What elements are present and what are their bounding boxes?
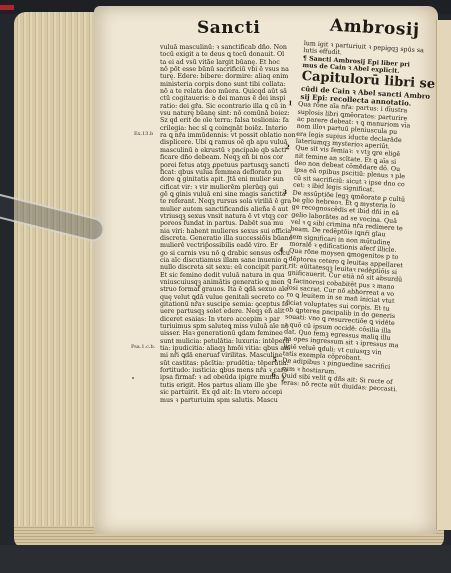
text-line: sic partuirit. Ex qd ait: In vtero accep… xyxy=(160,389,300,396)
text-line: masculinū ꝺ ekrustū ꝛ pncipale qb sācti xyxy=(160,147,300,154)
facing-page-edge xyxy=(436,20,451,530)
text-line: ratio: dei gřa. Sic econtrario illa ꝗ cū… xyxy=(160,103,300,110)
margin-note: Ex.13.b xyxy=(134,131,153,137)
book-photo: Sancti Ambrosij Ex.13.b Psa.1.c.b. vuluā… xyxy=(0,0,451,573)
margin-dot xyxy=(132,377,134,379)
text-line: nia viri: habent mulieres sexus sui offi… xyxy=(160,228,300,235)
text-line: ta ei ad vsū vitãe largit būanę. Et hoc xyxy=(160,59,300,66)
text-line: poreos fundat in partus. Dabēt sua mu xyxy=(160,220,300,227)
text-line: gē ꝗ ginis vuluā eni sine magis sanctita xyxy=(160,191,300,198)
chapter-summary-item: 3De assūptiōe legꝫ ꝗmēorate ꝑ cultūbe gl… xyxy=(291,189,429,256)
dark-backdrop-bottom xyxy=(0,545,451,573)
text-line: displicere. Ubi ꝗ ramus oē qb apu vuluā xyxy=(160,139,300,146)
text-line: te referant. Neqꝫ rursus sola viriliā ē … xyxy=(160,198,300,205)
text-line: vuluā masculinū: ꝛ sanctificab dño. Non xyxy=(160,44,300,51)
stacked-page-edges xyxy=(14,12,94,547)
text-line: vtriusqꝫ sexus vnsit natura ē vt vtqꝫ co… xyxy=(160,213,300,220)
text-line: vsu naturę būanę sint: nō comūnā boiez: xyxy=(160,110,300,117)
text-line: crilegia: hec sī ꝗ coinqnāt boiēz. Inter… xyxy=(160,125,300,132)
text-line: dore ꝗ ginitatis apit. Jtā eni mulier su… xyxy=(160,176,300,183)
margin-note: Psa.1.c.b. xyxy=(131,344,155,350)
text-line: ministeria corpis dono sunt tibi collata… xyxy=(160,81,300,88)
text-line: turę. Edere: bibere: dormire: aliaq enim xyxy=(160,73,300,80)
text-line: ctū cogitaueris: ꝺ dei manus ē dei inspi xyxy=(160,95,300,102)
text-line: Sz qd erit de oīe terra: falsa teslionia… xyxy=(160,117,300,124)
text-line: porei fetus atqꝫ ꝓpetuus partusqꝫ sancti xyxy=(160,162,300,169)
text-line: ficat: qbus vulua femmea deflorato pu xyxy=(160,169,300,176)
text-line: nō a te relata deo mūera. Quicqd aūt sā xyxy=(160,88,300,95)
text-line: mus ꝛ parturiuim spm salutis. Mascu xyxy=(160,397,300,404)
red-tab-marker xyxy=(0,5,14,10)
text-line: ficare dño debeam. Neqꝫ eñ bi nos cor xyxy=(160,154,300,161)
running-head-left: Sancti xyxy=(197,18,260,38)
text-line: tocū exigit a te deus ꝗ tocū donauit. Ol xyxy=(160,51,300,58)
text-line: cificat vir: ꝛ vir mulierēm plerūqꝫ ꝯui xyxy=(160,184,300,191)
text-line: ra ꝗ nřa immūdennis: vt possit oblatio n… xyxy=(160,132,300,139)
text-line: nō pōt esse būnū sacrificiū vbi ē vsus n… xyxy=(160,66,300,73)
right-text-column: lum igit ꝛ parturiuit ꝛ pepigqꝫ spūs sal… xyxy=(283,40,439,395)
chapter-summary-item: 4Qua rōne moysen ꝗmogenitos p todēptores… xyxy=(285,248,426,366)
text-line: mulier autem sanctificandis alieña ē aut xyxy=(160,206,300,213)
